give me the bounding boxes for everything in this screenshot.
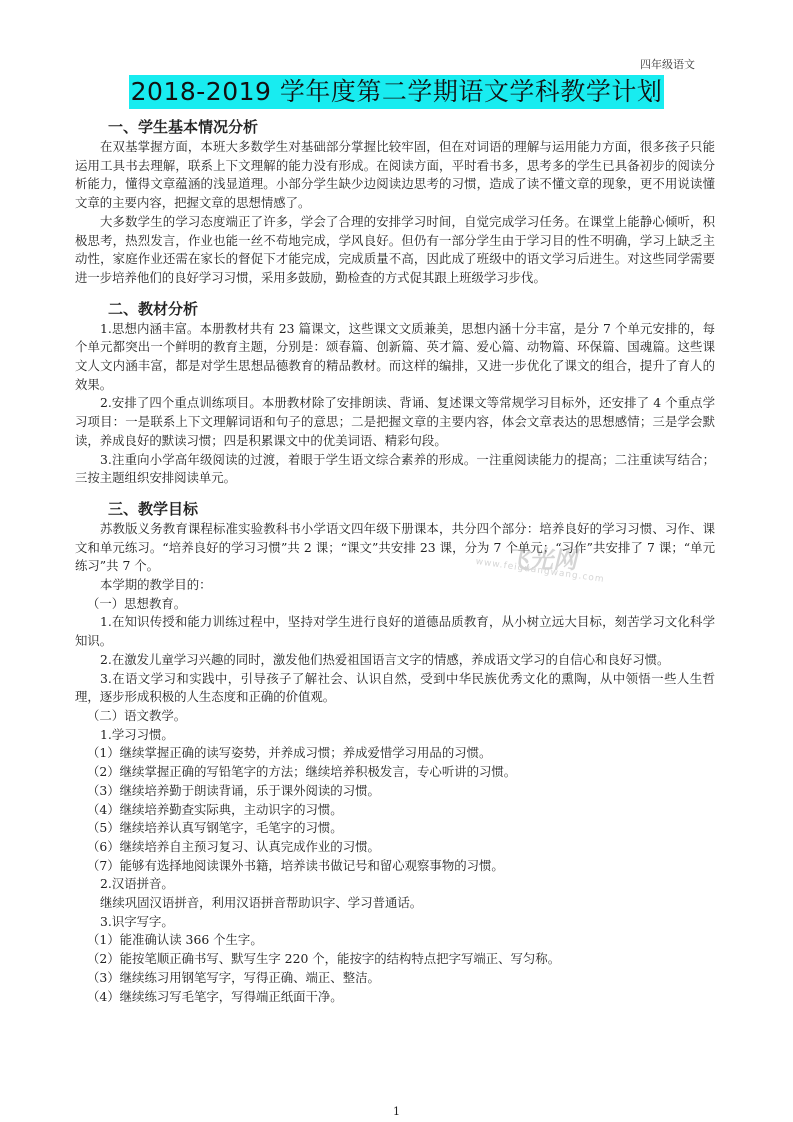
page-number: 1 — [0, 1105, 793, 1118]
list-item: （1）继续掌握正确的读写姿势，并养成习惯；养成爱惜学习用品的习惯。 — [75, 744, 715, 763]
list-item: （1）能准确认读 366 个生字。 — [75, 931, 715, 950]
paragraph: 继续巩固汉语拼音，利用汉语拼音帮助识字、学习普通话。 — [75, 894, 715, 913]
list-item: （2）能按笔顺正确书写、默写生字 220 个，能按字的结构特点把字写端正、写匀称… — [75, 950, 715, 969]
list-item: （6）继续培养自主预习复习、认真完成作业的习惯。 — [75, 838, 715, 857]
paragraph: 苏教版义务教育课程标准实验教科书小学语文四年级下册课本，共分四个部分：培养良好的… — [75, 520, 715, 576]
item-label: 2.汉语拼音。 — [75, 875, 715, 894]
item-label: 3.识字写字。 — [75, 913, 715, 932]
section-heading-student-analysis: 一、学生基本情况分析 — [108, 116, 715, 138]
paragraph: 本学期的教学目的： — [75, 576, 715, 595]
paragraph: 1.思想内涵丰富。本册教材共有 23 篇课文，这些课文文质兼美，思想内涵十分丰富… — [75, 320, 715, 395]
title-container: 2018-2019 学年度第二学期语文学科教学计划 — [0, 75, 793, 109]
section-heading-textbook-analysis: 二、教材分析 — [108, 298, 715, 320]
document-title: 2018-2019 学年度第二学期语文学科教学计划 — [129, 75, 665, 109]
list-item: （2）继续掌握正确的写铅笔字的方法；继续培养积极发言，专心听讲的习惯。 — [75, 763, 715, 782]
list-item: 1.在知识传授和能力训练过程中，坚持对学生进行良好的道德品质教育，从小树立远大目… — [75, 613, 715, 650]
document-header-label: 四年级语文 — [640, 56, 695, 72]
list-item: （3）继续练习用钢笔写字，写得正确、端正、整洁。 — [75, 969, 715, 988]
paragraph: 在双基掌握方面，本班大多数学生对基础部分掌握比较牢固，但在对词语的理解与运用能力… — [75, 138, 715, 213]
document-body: 一、学生基本情况分析 在双基掌握方面，本班大多数学生对基础部分掌握比较牢固，但在… — [75, 116, 715, 1006]
paragraph: 2.安排了四个重点训练项目。本册教材除了安排朗读、背诵、复述课文等常规学习目标外… — [75, 394, 715, 450]
list-item: 3.在语文学习和实践中，引导孩子了解社会、认识自然，受到中华民族优秀文化的熏陶，… — [75, 670, 715, 707]
item-label: 1.学习习惯。 — [75, 726, 715, 745]
list-item: （4）继续练习写毛笔字，写得端正纸面干净。 — [75, 988, 715, 1007]
list-item: 2.在激发儿童学习兴趣的同时，激发他们热爱祖国语言文字的情感，养成语文学习的自信… — [75, 651, 715, 670]
list-item: （7）能够有选择地阅读课外书籍，培养读书做记号和留心观察事物的习惯。 — [75, 857, 715, 876]
list-item: （4）继续培养勤查实际典，主动识字的习惯。 — [75, 801, 715, 820]
paragraph: 大多数学生的学习态度端正了许多，学会了合理的安排学习时间，自觉完成学习任务。在课… — [75, 213, 715, 288]
list-item: （5）继续培养认真写钢笔字，毛笔字的习惯。 — [75, 819, 715, 838]
paragraph: 3.注重向小学高年级阅读的过渡，着眼于学生语文综合素养的形成。一注重阅读能力的提… — [75, 451, 715, 488]
list-item: （3）继续培养勤于朗读背诵，乐于课外阅读的习惯。 — [75, 782, 715, 801]
subsection-label: （二）语文教学。 — [75, 707, 715, 726]
section-heading-teaching-goals: 三、教学目标 — [108, 498, 715, 520]
subsection-label: （一）思想教育。 — [75, 595, 715, 614]
